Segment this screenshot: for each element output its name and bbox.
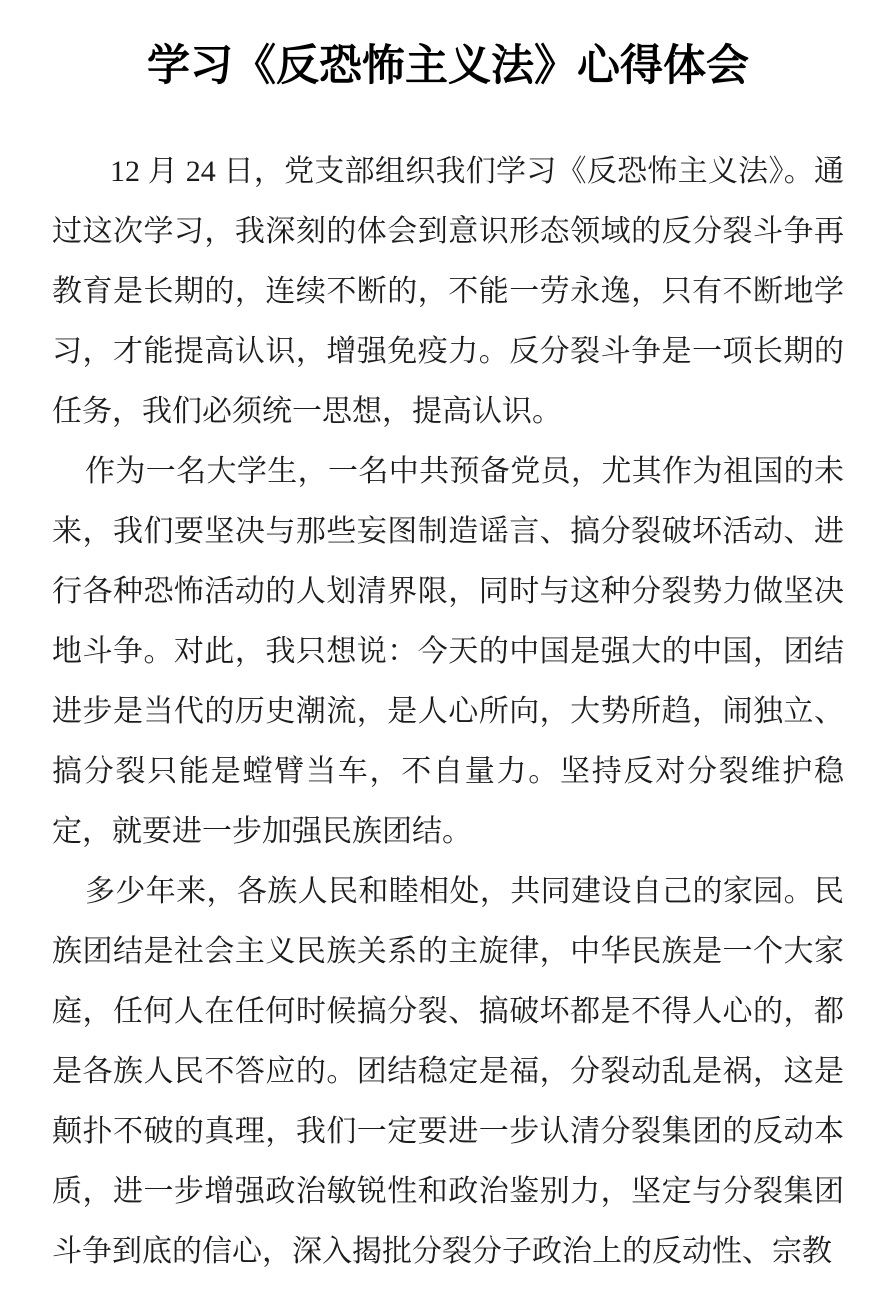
document-title: 学习《反恐怖主义法》心得体会	[52, 40, 844, 94]
paragraph-2: 作为一名大学生，一名中共预备党员，尤其作为祖国的未来，我们要坚决与那些妄图制造谣…	[52, 442, 844, 862]
paragraph-1: 12 月 24 日，党支部组织我们学习《反恐怖主义法》。通过这次学习，我深刻的体…	[52, 142, 844, 442]
document-page: 学习《反恐怖主义法》心得体会 12 月 24 日，党支部组织我们学习《反恐怖主义…	[0, 0, 888, 1312]
document-body: 12 月 24 日，党支部组织我们学习《反恐怖主义法》。通过这次学习，我深刻的体…	[52, 142, 844, 1282]
paragraph-3: 多少年来，各族人民和睦相处，共同建设自己的家园。民族团结是社会主义民族关系的主旋…	[52, 862, 844, 1282]
